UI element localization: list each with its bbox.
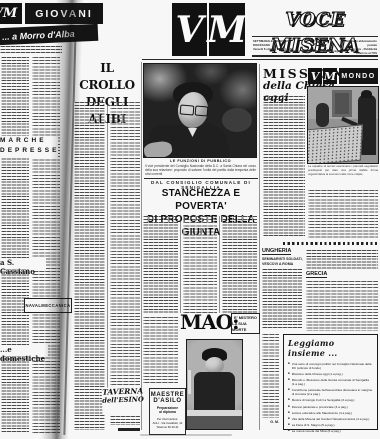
brief-ungheria-title: UNGHERIA: [262, 248, 291, 255]
mao-headline-box: E' MISTERO LA SUA MORTE: [231, 313, 260, 334]
contents-item: ■Lettere educative alle Maestranze (4.a …: [288, 411, 373, 415]
bullet-icon: ■: [288, 372, 290, 376]
bullet-icon: ■: [288, 411, 290, 415]
brief-ungheria-sub: SEMINARISTI SOLDATI, VESCOVI A ROMA: [262, 257, 304, 266]
bullet-icon: ■: [288, 405, 290, 409]
sub-line: SEMINARISTI SOLDATI,: [262, 257, 304, 262]
contents-item: ■Ricordo e riflessione della Giunta comu…: [288, 378, 373, 386]
ad-title-line: dell'ESINO: [102, 395, 144, 404]
newspaper-title: VOCE MISENA: [252, 7, 378, 35]
headline-line: STANCHEZZA E POVERTA': [142, 187, 260, 213]
photo-world: [308, 87, 378, 163]
contents-item-text: Mostra di Giorgio Fuzzi a Senigallia (3.…: [292, 398, 355, 402]
headline-domestiche: ...e domestiche: [0, 345, 48, 356]
headline-line: MARCHE: [0, 136, 58, 146]
sub-line: VESCOVI A ROMA: [262, 262, 304, 267]
contents-item-text: Missione della Chiesa oggi (1.a pag.): [292, 372, 343, 376]
mao-headline: MAO:: [180, 310, 232, 334]
photo-credit-strip: [188, 370, 191, 394]
speaker-glasses: [180, 104, 195, 115]
contents-item-text: Lettere educative alle Maestranze (4.a p…: [292, 411, 353, 415]
vm-logo-m-small: M: [323, 68, 337, 84]
ad-info: Telefono 60.19.41: [150, 425, 185, 429]
photo-caption: Le squadre di tecnici esaminano i pannel…: [308, 165, 378, 176]
headline-cassiano: a S. Cassiano: [0, 258, 46, 269]
column-rule: [180, 216, 181, 313]
contents-item: ■Vita della Misena dei Cantieri Navalmec…: [288, 417, 373, 421]
contents-item-text: Diocesi pastorale e provinciale (3.a pag…: [292, 405, 348, 409]
photo-speaker: [144, 64, 256, 157]
text-column: [308, 190, 378, 238]
contents-item: ■La nuova scuola del Misa (6.a pag.): [288, 429, 373, 433]
speaker-glasses: [195, 105, 209, 116]
headline-morro-dalba: ... a Morro d'Alba: [0, 24, 98, 45]
figure-crouching: [316, 103, 329, 127]
masthead-long-rule: [142, 59, 378, 60]
foliage-shape: [222, 108, 252, 132]
text-column: [0, 46, 62, 54]
vm-logo-m: M: [209, 3, 245, 56]
text-column: [183, 216, 217, 313]
contents-item-text: La nuova scuola del Misa (6.a pag.): [292, 429, 341, 433]
contents-box: Leggiamo insieme ... ■Una serie di conve…: [283, 334, 378, 430]
vm-logo-small: VM: [0, 3, 22, 24]
contents-item-text: Una serie di convegni politici nel Consi…: [292, 362, 373, 370]
bullet-icon: ■: [288, 417, 290, 421]
bullet-icon: ■: [288, 398, 290, 402]
column-rule: [259, 64, 260, 430]
headline-line: DEPRESSE: [0, 146, 58, 156]
contents-item: ■Mostra di Giorgio Fuzzi a Senigallia (3…: [288, 398, 373, 402]
contents-title: Leggiamo insieme ...: [288, 338, 373, 358]
ad-taverna: TAVERNA dell'ESINO: [102, 386, 145, 414]
contents-list: ■Una serie di convegni politici nel Cons…: [288, 362, 373, 434]
bullet-icon: ■: [288, 423, 290, 427]
column-rule: [219, 216, 220, 313]
photo-mao: [187, 340, 242, 429]
text-column: [222, 216, 257, 313]
text-column: [1, 57, 29, 433]
author-signature: [118, 428, 140, 431]
contents-item: ■La Fiera di S. Magno (5.a pag.): [288, 423, 373, 427]
text-column: [263, 96, 305, 238]
ad-subtitle: al diploma: [150, 410, 185, 414]
text-column: [74, 102, 105, 430]
headline-line: LA SUA MORTE: [232, 321, 259, 333]
text-column: [306, 250, 378, 269]
contents-item: ■Condizione pastorale dell'assemblea dio…: [288, 388, 373, 396]
dotted-divider: [283, 242, 378, 245]
vm-logo-v-small: V: [308, 68, 322, 84]
section-rule: [144, 178, 258, 179]
ad-title-line: D'ASILO: [150, 398, 185, 404]
doorway: [332, 90, 352, 117]
photo-caption-title: LE FUNZIONI DI PUBBLICO: [145, 159, 256, 163]
panel-board: [308, 124, 363, 163]
bullet-icon: ■: [288, 429, 290, 433]
masthead-rule-top: [252, 36, 378, 37]
bullet-icon: ■: [288, 378, 290, 386]
newspaper-page: VM GIOVANI ... a Morro d'Alba MARCHE DEP…: [0, 0, 380, 439]
ad-maestre-dasilo: MAESTRE D'ASILO Preparazione al diploma …: [149, 388, 186, 435]
bullet-icon: ■: [288, 362, 290, 370]
contents-item-text: Condizione pastorale dell'assemblea dioc…: [292, 388, 373, 396]
text-column: [110, 102, 140, 386]
column-rule: [107, 102, 108, 412]
section-tab-mondo: MONDO: [339, 68, 378, 84]
figure-cap: [361, 90, 372, 98]
text-column: [143, 216, 178, 313]
text-column: [306, 281, 378, 331]
headline-line: IL CROLLO: [71, 60, 143, 94]
rostrum-front: [187, 416, 242, 429]
contents-item: ■Diocesi pastorale e provinciale (3.a pa…: [288, 405, 373, 409]
headline-marche-depresse: MARCHE DEPRESSE: [0, 136, 58, 157]
bullet-icon: ■: [288, 388, 290, 396]
contents-item: ■Missione della Chiesa oggi (1.a pag.): [288, 372, 373, 376]
contents-item-text: Vita della Misena dei Cantieri Navalmecc…: [292, 417, 370, 421]
contents-item-text: Ricordo e riflessione della Giunta comun…: [292, 378, 373, 386]
text-column: [143, 317, 178, 383]
contents-item-text: La Fiera di S. Magno (5.a pag.): [292, 423, 335, 427]
column-rule: [141, 62, 142, 430]
contents-item: ■Una serie di convegni politici nel Cons…: [288, 362, 373, 370]
text-column: [262, 334, 279, 418]
mao-jacket: [194, 372, 235, 414]
masthead-info-right: spedizione in abbonamento postale gruppo…: [334, 40, 377, 56]
brief-signature: G. M.: [262, 420, 279, 424]
scan-smudge: [140, 434, 232, 436]
masthead-info: SETTIMANALE RELIGIOSO DIOCESANO Venerdì …: [252, 38, 378, 55]
photo-caption: Il vice presidente del Consiglio Naziona…: [145, 164, 256, 176]
vm-logo-v: V: [172, 3, 207, 56]
masthead-rule-bottom: [252, 55, 378, 57]
text-column: [110, 416, 140, 425]
text-column: [262, 269, 302, 330]
brief-grecia-title: GRECIA: [306, 271, 327, 278]
